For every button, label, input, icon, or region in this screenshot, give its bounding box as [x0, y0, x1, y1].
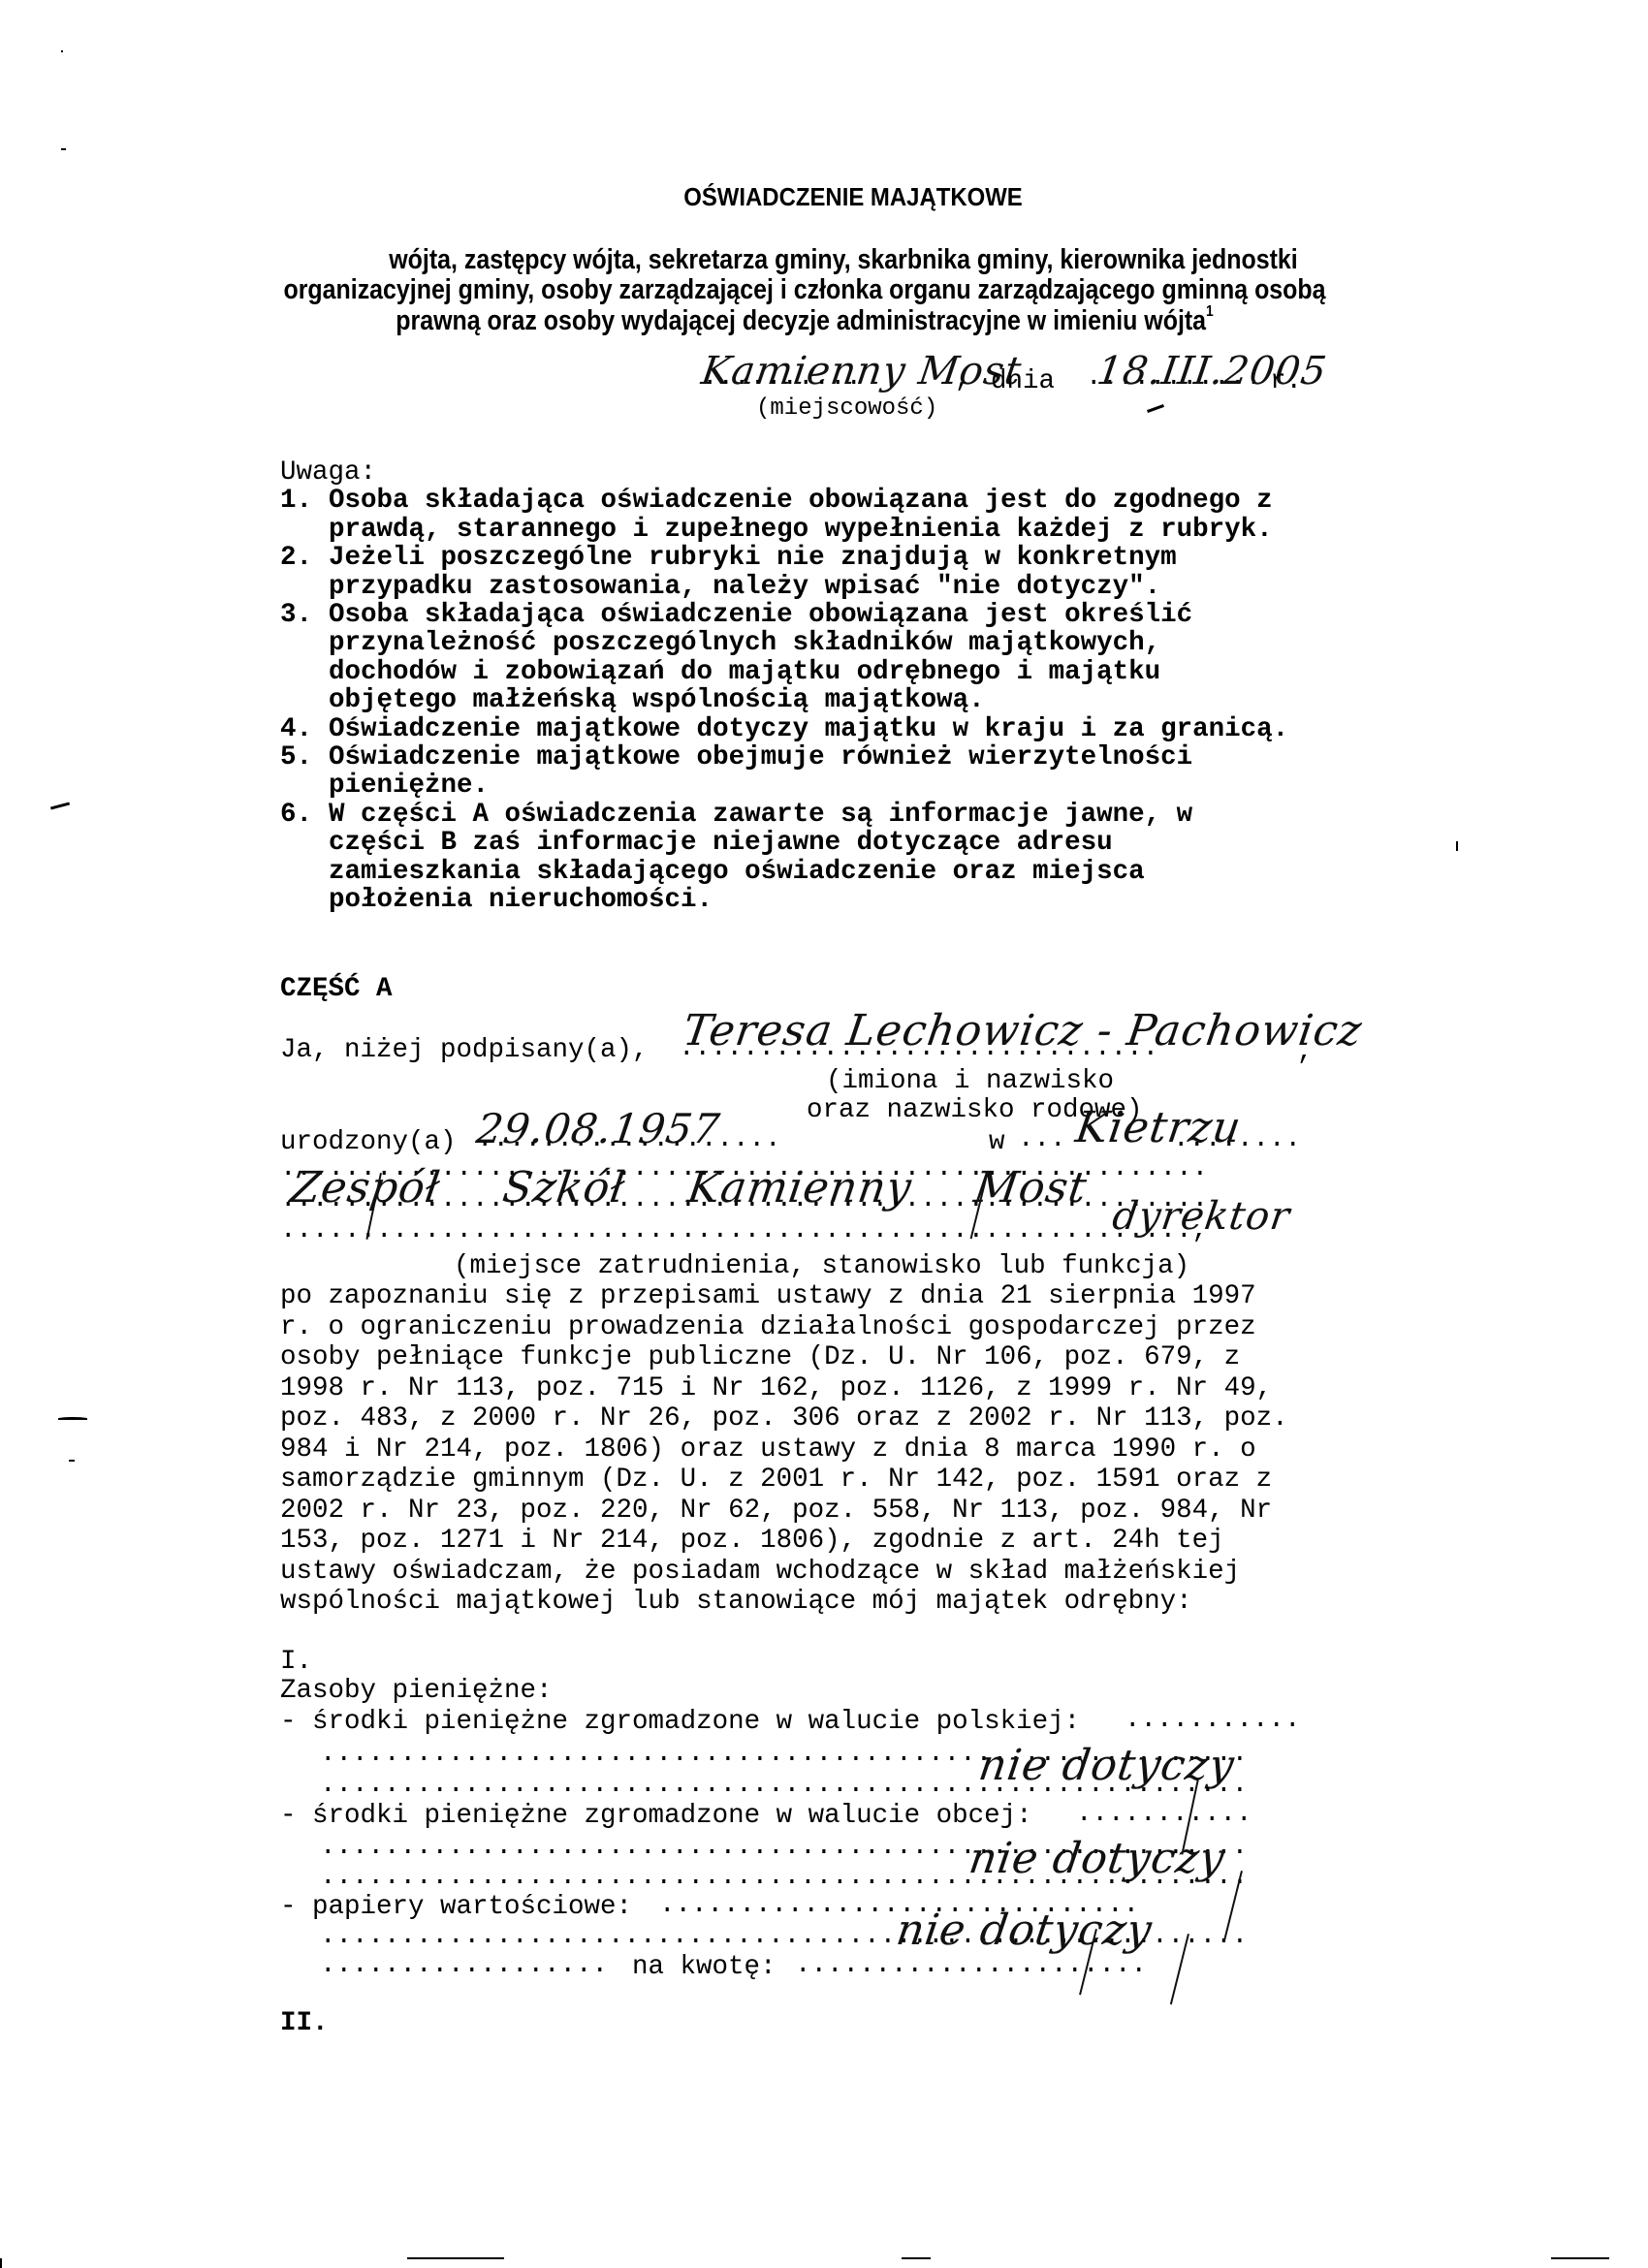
section-1-numeral: I. [280, 1647, 312, 1677]
date-label: dnia [991, 366, 1055, 396]
note-number: 1. [280, 486, 312, 516]
section-1-heading: Zasoby pieniężne: [280, 1676, 553, 1706]
note-number: 2. [280, 543, 312, 573]
pln-label: - środki pieniężne zgromadzone w walucie… [280, 1707, 1080, 1737]
scan-speck [0, 2258, 2, 2268]
declaration-line: ustawy oświadczam, że posiadam wchodzące… [280, 1557, 1240, 1587]
note-number: 6. [280, 800, 312, 830]
note-number: 5. [280, 742, 312, 772]
foreign-dots: ........... [1076, 1799, 1252, 1829]
note-line: przypadku zastosowania, należy wpisać "n… [329, 572, 1160, 602]
employment-dots-2: ........................................… [280, 1215, 1208, 1245]
subtitle-line-3-text: prawną oraz osoby wydającej decyzje admi… [396, 305, 1206, 336]
securities-answer: nie dotyczy [893, 1906, 1155, 1955]
scan-mark [58, 1417, 87, 1420]
amount-label: na kwotę: [632, 1952, 776, 1982]
foreign-dots-line-3: ........................................… [320, 1862, 1248, 1892]
subtitle-line-2: organizacyjnej gminy, osoby zarządzające… [112, 274, 1497, 306]
date-check-mark [1147, 404, 1164, 413]
amount-dots-post: ...................... [795, 1950, 1147, 1980]
footnote-mark: 1 [1206, 303, 1214, 320]
place-caption: (miejscowość) [756, 395, 937, 422]
note-line: położenia nieruchomości. [329, 885, 713, 915]
note-line: Oświadczenie majątkowe obejmuje również … [329, 742, 1192, 772]
foreign-label: - środki pieniężne zgromadzone w walucie… [280, 1801, 1032, 1831]
name-handwritten: Teresa Lechowicz - Pachowicz [680, 1006, 1365, 1055]
scan-line [1551, 2257, 1609, 2259]
notes-heading: Uwaga: [280, 457, 376, 488]
declaration-line: samorządzie gminnym (Dz. U. z 2001 r. Nr… [280, 1465, 1272, 1495]
note-line: Jeżeli poszczególne rubryki nie znajdują… [329, 543, 1177, 573]
note-line: dochodów i zobowiązań do majątku odrębne… [329, 657, 1160, 687]
note-line: części B zaś informacje niejawne dotyczą… [329, 828, 1113, 858]
note-number: 4. [280, 714, 312, 744]
pln-dots: ........... [1125, 1705, 1301, 1735]
note-line: prawdą, starannego i zupełnego wypełnien… [329, 515, 1273, 545]
declaration-line: po zapoznaniu się z przepisami ustawy z … [280, 1281, 1256, 1311]
declaration-line: poz. 483, z 2000 r. Nr 26, poz. 306 oraz… [280, 1403, 1288, 1433]
declaration-line: 1998 r. Nr 113, poz. 715 i Nr 162, poz. … [280, 1373, 1272, 1403]
scan-speck [69, 1460, 75, 1462]
note-number: 3. [280, 600, 312, 630]
employment-caption: (miejsce zatrudnienia, stanowisko lub fu… [454, 1251, 1189, 1281]
note-line: objętego małżeńską wspólnością majątkową… [329, 685, 985, 715]
scan-mark [50, 802, 70, 809]
amount-dots-pre: .................. [320, 1950, 608, 1980]
declaration-line: osoby pełniące funkcje publiczne (Dz. U.… [280, 1342, 1240, 1372]
position-handwritten: dyrektor [1110, 1194, 1293, 1239]
note-line: Osoba składająca oświadczenie obowiązana… [329, 486, 1273, 516]
born-place-dots-pre: ... [1018, 1124, 1066, 1154]
employment-dots-1b: ........................................… [280, 1184, 1208, 1214]
scan-speck [1456, 841, 1458, 851]
section-2-numeral: II. [280, 2008, 329, 2038]
name-caption-1: (imiona i nazwisko [826, 1066, 1114, 1096]
note-line: pieniężne. [329, 771, 489, 801]
born-place-dots: ........ [1173, 1124, 1301, 1154]
subtitle-line-3: prawną oraz osoby wydającej decyzje admi… [112, 303, 1497, 337]
declaration-line: 2002 r. Nr 23, poz. 220, Nr 62, poz. 558… [280, 1496, 1272, 1526]
place-dots: .......... [702, 362, 862, 393]
declaration-line: r. o ograniczeniu prowadzenia działalnoś… [280, 1312, 1256, 1342]
note-line: przynależność poszczególnych składników … [329, 628, 1160, 658]
year-suffix: r. [1270, 366, 1302, 396]
signed-label: Ja, niżej podpisany(a), [280, 1035, 649, 1065]
note-line: W części A oświadczenia zawarte są infor… [329, 800, 1192, 830]
declaration-line: 984 i Nr 214, poz. 1806) oraz ustawy z d… [280, 1434, 1256, 1465]
scan-speck [61, 148, 66, 150]
note-line: Oświadczenie majątkowe dotyczy majątku w… [329, 714, 1288, 744]
declaration-line: wspólności majątkowej lub stanowiące mój… [280, 1587, 1192, 1617]
scan-line [407, 2257, 504, 2259]
part-a-heading: CZĘŚĆ A [280, 974, 393, 1004]
declaration-line: 153, poz. 1271 i Nr 214, poz. 1806), zgo… [280, 1526, 1224, 1556]
subtitle-line-1: wójta, zastępcy wójta, sekretarza gminy,… [151, 244, 1536, 276]
scan-line [902, 2257, 931, 2259]
scan-speck [61, 50, 63, 52]
document-title: OŚWIADCZENIE MAJĄTKOWE [68, 182, 1637, 212]
note-line: zamieszkania składającego oświadczenie o… [329, 857, 1145, 887]
place-comma: , [955, 364, 971, 394]
note-line: Osoba składająca oświadczenie obowiązana… [329, 600, 1192, 630]
born-date-dots: ................... [477, 1124, 781, 1154]
pln-dots-line-3: ........................................… [320, 1770, 1248, 1800]
securities-label: - papiery wartościowe: [280, 1892, 632, 1922]
